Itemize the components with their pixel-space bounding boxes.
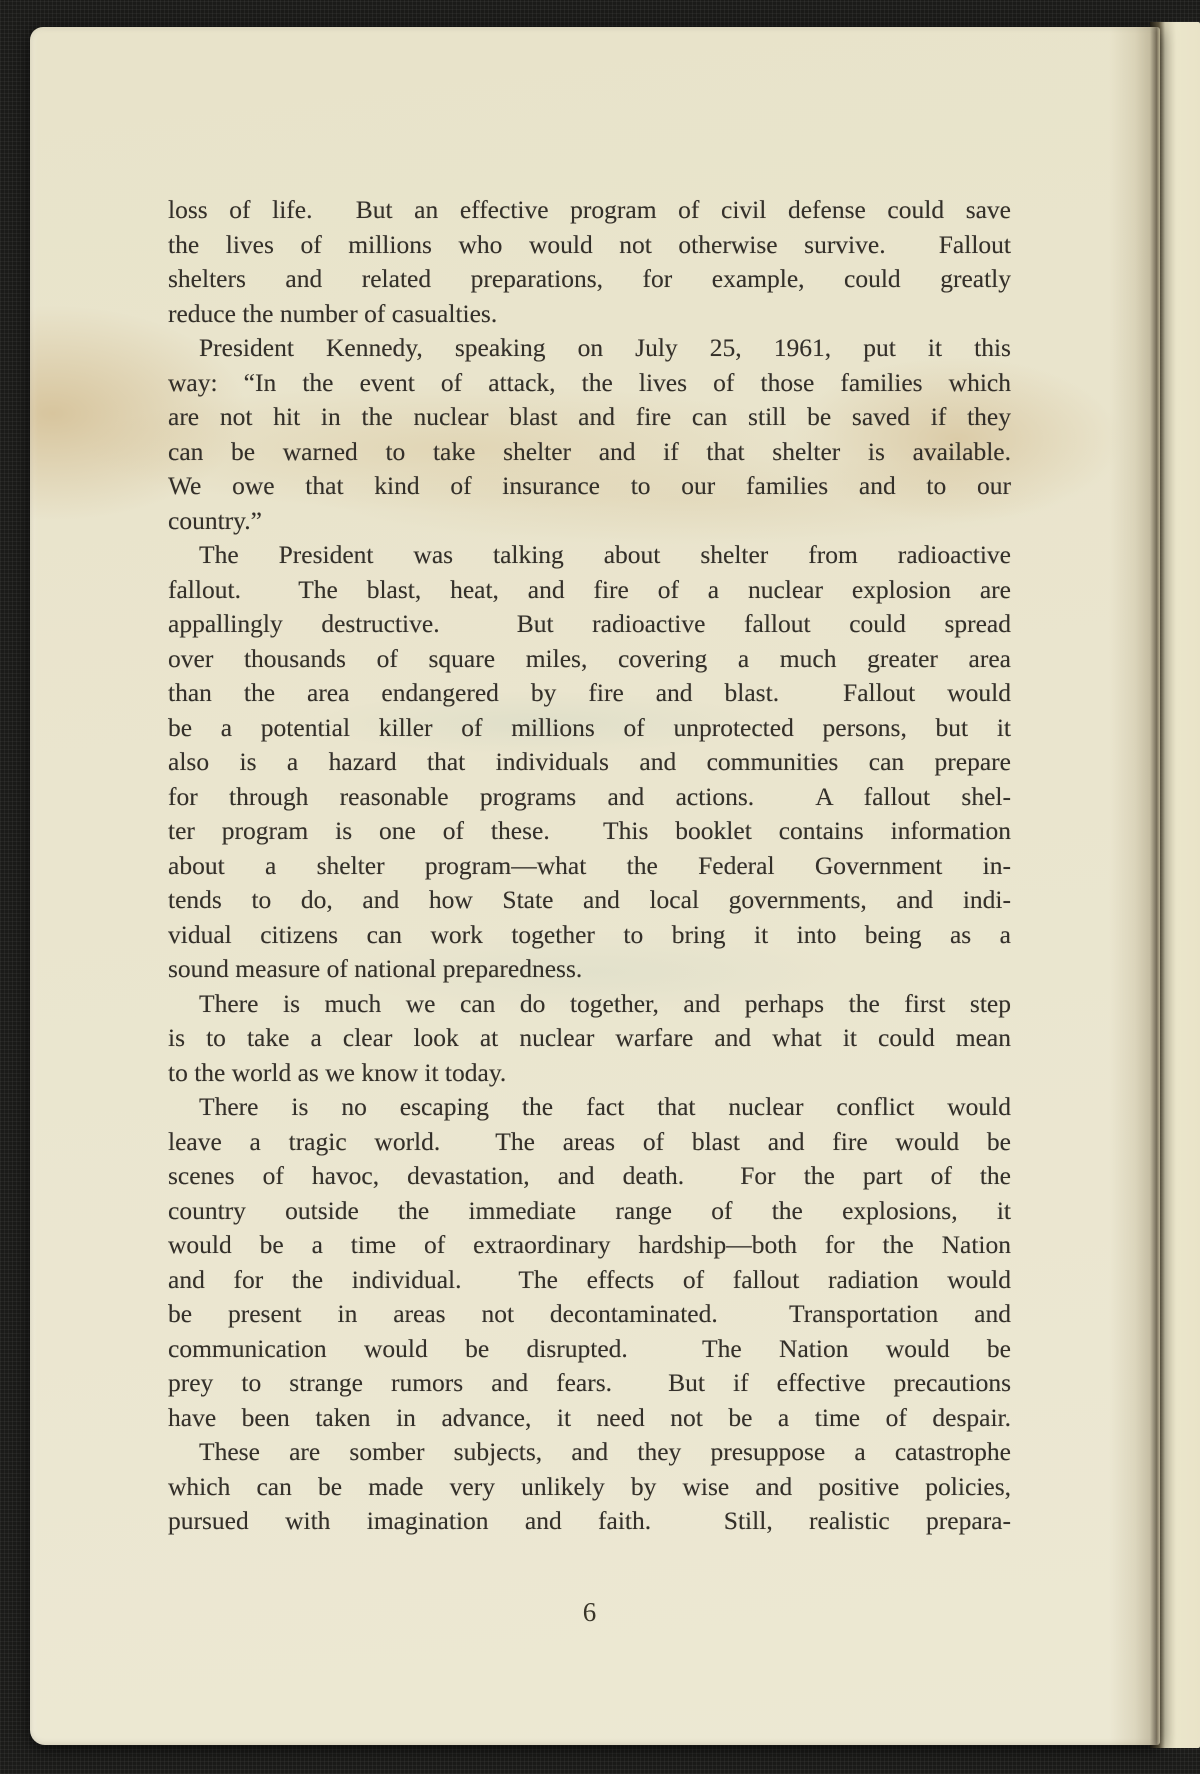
- text-line: to the world as we know it today.: [168, 1056, 1011, 1091]
- scanned-booklet-photo: loss of life. But an effective program o…: [0, 0, 1200, 1774]
- text-line: scenes of havoc, devastation, and death.…: [168, 1159, 1011, 1194]
- text-line: shelters and related preparations, for e…: [168, 262, 1011, 297]
- text-line: appallingly destructive. But radioactive…: [168, 607, 1011, 642]
- text-line: pursued with imagination and faith. Stil…: [168, 1504, 1011, 1539]
- page-number: 6: [168, 1597, 1011, 1628]
- text-line: There is much we can do together, and pe…: [168, 987, 1011, 1022]
- text-line: the lives of millions who would not othe…: [168, 228, 1011, 263]
- text-line: would be a time of extraordinary hardshi…: [168, 1228, 1011, 1263]
- text-line: about a shelter program—what the Federal…: [168, 849, 1011, 884]
- text-line: leave a tragic world. The areas of blast…: [168, 1125, 1011, 1160]
- text-line: for through reasonable programs and acti…: [168, 780, 1011, 815]
- text-line: than the area endangered by fire and bla…: [168, 676, 1011, 711]
- text-line: There is no escaping the fact that nucle…: [168, 1090, 1011, 1125]
- text-line: are not hit in the nuclear blast and fir…: [168, 400, 1011, 435]
- text-line: be a potential killer of millions of unp…: [168, 711, 1011, 746]
- text-line: which can be made very unlikely by wise …: [168, 1470, 1011, 1505]
- text-line: We owe that kind of insurance to our fam…: [168, 469, 1011, 504]
- booklet-page: loss of life. But an effective program o…: [30, 27, 1160, 1745]
- text-line: These are somber subjects, and they pres…: [168, 1435, 1011, 1470]
- text-line: country.”: [168, 504, 1011, 539]
- text-line: can be warned to take shelter and if tha…: [168, 435, 1011, 470]
- text-line: reduce the number of casualties.: [168, 297, 1011, 332]
- text-line: fallout. The blast, heat, and fire of a …: [168, 573, 1011, 608]
- text-line: over thousands of square miles, covering…: [168, 642, 1011, 677]
- text-line: ter program is one of these. This bookle…: [168, 814, 1011, 849]
- text-line: prey to strange rumors and fears. But if…: [168, 1366, 1011, 1401]
- text-line: The President was talking about shelter …: [168, 538, 1011, 573]
- text-line: loss of life. But an effective program o…: [168, 193, 1011, 228]
- text-line: way: “In the event of attack, the lives …: [168, 366, 1011, 401]
- text-line: also is a hazard that individuals and co…: [168, 745, 1011, 780]
- text-line: sound measure of national preparedness.: [168, 952, 1011, 987]
- text-line: country outside the immediate range of t…: [168, 1194, 1011, 1229]
- text-line: communication would be disrupted. The Na…: [168, 1332, 1011, 1367]
- text-line: have been taken in advance, it need not …: [168, 1401, 1011, 1436]
- page-text: loss of life. But an effective program o…: [168, 193, 1011, 1539]
- text-line: President Kennedy, speaking on July 25, …: [168, 331, 1011, 366]
- text-line: is to take a clear look at nuclear warfa…: [168, 1021, 1011, 1056]
- text-line: and for the individual. The effects of f…: [168, 1263, 1011, 1298]
- text-line: vidual citizens can work together to bri…: [168, 918, 1011, 953]
- text-line: tends to do, and how State and local gov…: [168, 883, 1011, 918]
- text-line: be present in areas not decontaminated. …: [168, 1297, 1011, 1332]
